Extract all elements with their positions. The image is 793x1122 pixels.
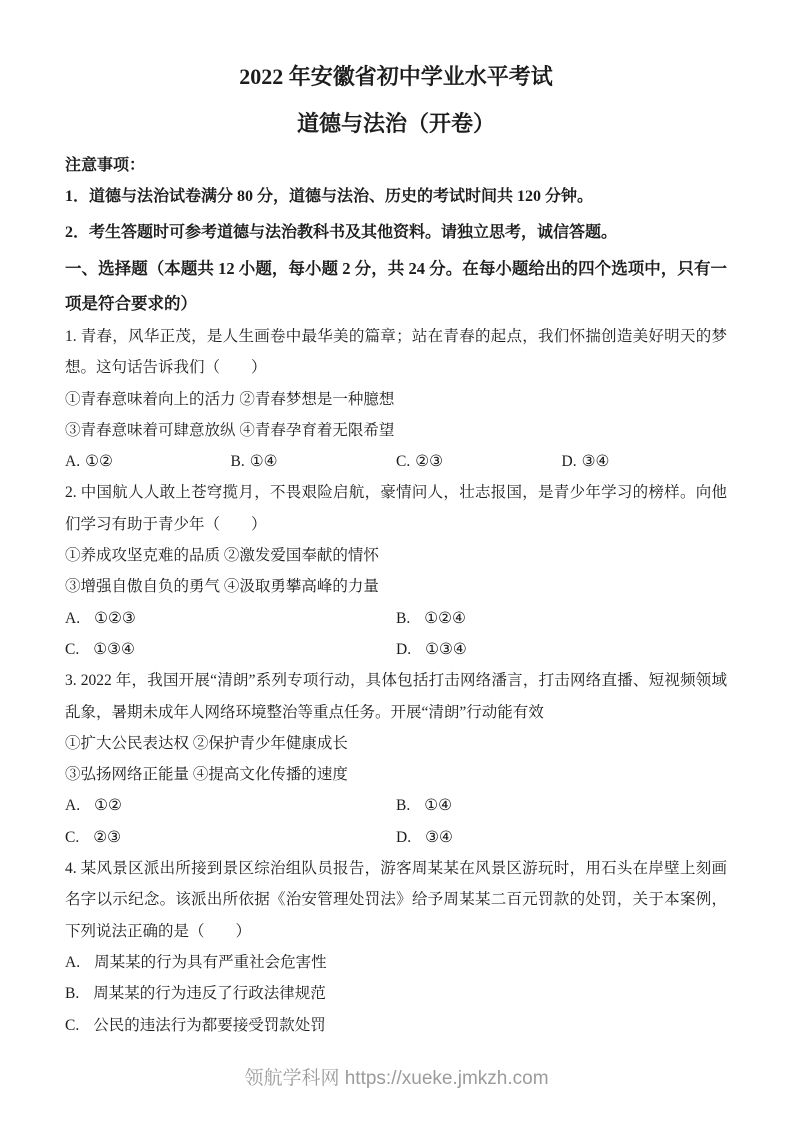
option-value: ③④ xyxy=(425,829,453,846)
question-1-option-c: C.②③ xyxy=(396,446,562,477)
watermark-text: 领航学科网 https://xueke.jmkzh.com xyxy=(244,1068,548,1089)
exam-document-page: 2022 年安徽省初中学业水平考试 道德与法治（开卷） 注意事项： 1．道德与法… xyxy=(0,0,793,1122)
option-label: B. xyxy=(396,797,410,814)
question-3: 3. 2022 年，我国开展“清朗”系列专项行动，具体包括打击网络潘言，打击网络… xyxy=(65,665,727,853)
option-label: B. xyxy=(231,453,245,470)
question-3-options-row2: C.②③ D.③④ xyxy=(65,822,727,853)
question-3-items-line2: ③弘扬网络正能量 ④提高文化传播的速度 xyxy=(65,759,727,790)
question-4-option-a: A.周某某的行为具有严重社会危害性 xyxy=(65,947,727,978)
option-label: C. xyxy=(65,829,79,846)
watermark: 领航学科网 https://xueke.jmkzh.com xyxy=(0,1063,793,1090)
option-label: B. xyxy=(396,610,410,627)
option-value: ①④ xyxy=(250,453,278,470)
exam-title-line2: 道德与法治（开卷） xyxy=(65,109,727,139)
question-1: 1. 青春，风华正茂，是人生画卷中最华美的篇章；站在青春的起点，我们怀揣创造美好… xyxy=(65,321,727,477)
question-1-stem: 1. 青春，风华正茂，是人生画卷中最华美的篇章；站在青春的起点，我们怀揣创造美好… xyxy=(65,321,727,384)
option-value: 周某某的行为具有严重社会危害性 xyxy=(94,954,327,971)
question-2: 2. 中国航人人敢上苍穹揽月，不畏艰险启航，豪情问人，壮志报国，是青少年学习的榜… xyxy=(65,477,727,665)
question-3-option-c: C.②③ xyxy=(65,822,396,853)
question-3-option-a: A.①② xyxy=(65,790,396,821)
option-label: A. xyxy=(65,453,80,470)
option-label: A. xyxy=(65,797,80,814)
option-value: ①②④ xyxy=(424,610,466,627)
question-1-option-d: D.③④ xyxy=(562,446,728,477)
option-label: A. xyxy=(65,610,80,627)
option-value: ①②③ xyxy=(94,610,136,627)
question-1-items-line1: ①青春意味着向上的活力 ②青春梦想是一种臆想 xyxy=(65,384,727,415)
question-4-option-c: C.公民的违法行为都要接受罚款处罚 xyxy=(65,1010,727,1041)
option-label: D. xyxy=(562,453,577,470)
question-1-items-line2: ③青春意味着可肆意放纵 ④青春孕育着无限希望 xyxy=(65,415,727,446)
option-label: B. xyxy=(65,985,79,1002)
question-2-options-row2: C.①③④ D.①③④ xyxy=(65,634,727,665)
option-value: ②③ xyxy=(415,453,443,470)
question-2-items-line2: ③增强自傲自负的勇气 ④汲取勇攀高峰的力量 xyxy=(65,571,727,602)
option-value: ②③ xyxy=(93,829,121,846)
question-4-option-b: B.周某某的行为违反了行政法律规范 xyxy=(65,978,727,1009)
option-label: D. xyxy=(396,641,411,658)
option-value: ①③④ xyxy=(93,641,135,658)
question-1-options-row: A.①② B.①④ C.②③ D.③④ xyxy=(65,446,727,477)
question-1-option-b: B.①④ xyxy=(231,446,397,477)
question-2-options-row1: A.①②③ B.①②④ xyxy=(65,603,727,634)
notice-heading: 注意事项： xyxy=(65,153,727,179)
question-4-stem: 4. 某风景区派出所接到景区综治组队员报告，游客周某某在风景区游玩时，用石头在岸… xyxy=(65,853,727,947)
option-value: 公民的违法行为都要接受罚款处罚 xyxy=(93,1017,326,1034)
question-2-stem: 2. 中国航人人敢上苍穹揽月，不畏艰险启航，豪情问人，壮志报国，是青少年学习的榜… xyxy=(65,477,727,540)
question-2-option-b: B.①②④ xyxy=(396,603,727,634)
option-value: ①② xyxy=(85,453,113,470)
notice-item-1: 1．道德与法治试卷满分 80 分，道德与法治、历史的考试时间共 120 分钟。 xyxy=(65,179,727,215)
question-2-items-line1: ①养成攻坚克难的品质 ②激发爱国奉献的情怀 xyxy=(65,540,727,571)
option-value: ①③④ xyxy=(425,641,467,658)
question-1-option-a: A.①② xyxy=(65,446,231,477)
question-4: 4. 某风景区派出所接到景区综治组队员报告，游客周某某在风景区游玩时，用石头在岸… xyxy=(65,853,727,1041)
option-label: D. xyxy=(396,829,411,846)
option-value: ①② xyxy=(94,797,122,814)
exam-title-line1: 2022 年安徽省初中学业水平考试 xyxy=(65,62,727,92)
question-2-option-c: C.①③④ xyxy=(65,634,396,665)
question-2-option-d: D.①③④ xyxy=(396,634,727,665)
question-3-items-line1: ①扩大公民表达权 ②保护青少年健康成长 xyxy=(65,728,727,759)
option-label: C. xyxy=(65,641,79,658)
notice-item-2: 2．考生答题时可参考道德与法治教科书及其他资料。请独立思考，诚信答题。 xyxy=(65,215,727,251)
question-3-option-d: D.③④ xyxy=(396,822,727,853)
option-value: ③④ xyxy=(582,453,610,470)
question-3-option-b: B.①④ xyxy=(396,790,727,821)
question-3-stem: 3. 2022 年，我国开展“清朗”系列专项行动，具体包括打击网络潘言，打击网络… xyxy=(65,665,727,728)
question-2-option-a: A.①②③ xyxy=(65,603,396,634)
section-1-heading: 一、选择题（本题共 12 小题，每小题 2 分，共 24 分。在每小题给出的四个… xyxy=(65,251,727,321)
option-value: 周某某的行为违反了行政法律规范 xyxy=(93,985,326,1002)
option-value: ①④ xyxy=(424,797,452,814)
option-label: A. xyxy=(65,954,80,971)
option-label: C. xyxy=(396,453,410,470)
question-3-options-row1: A.①② B.①④ xyxy=(65,790,727,821)
option-label: C. xyxy=(65,1017,79,1034)
